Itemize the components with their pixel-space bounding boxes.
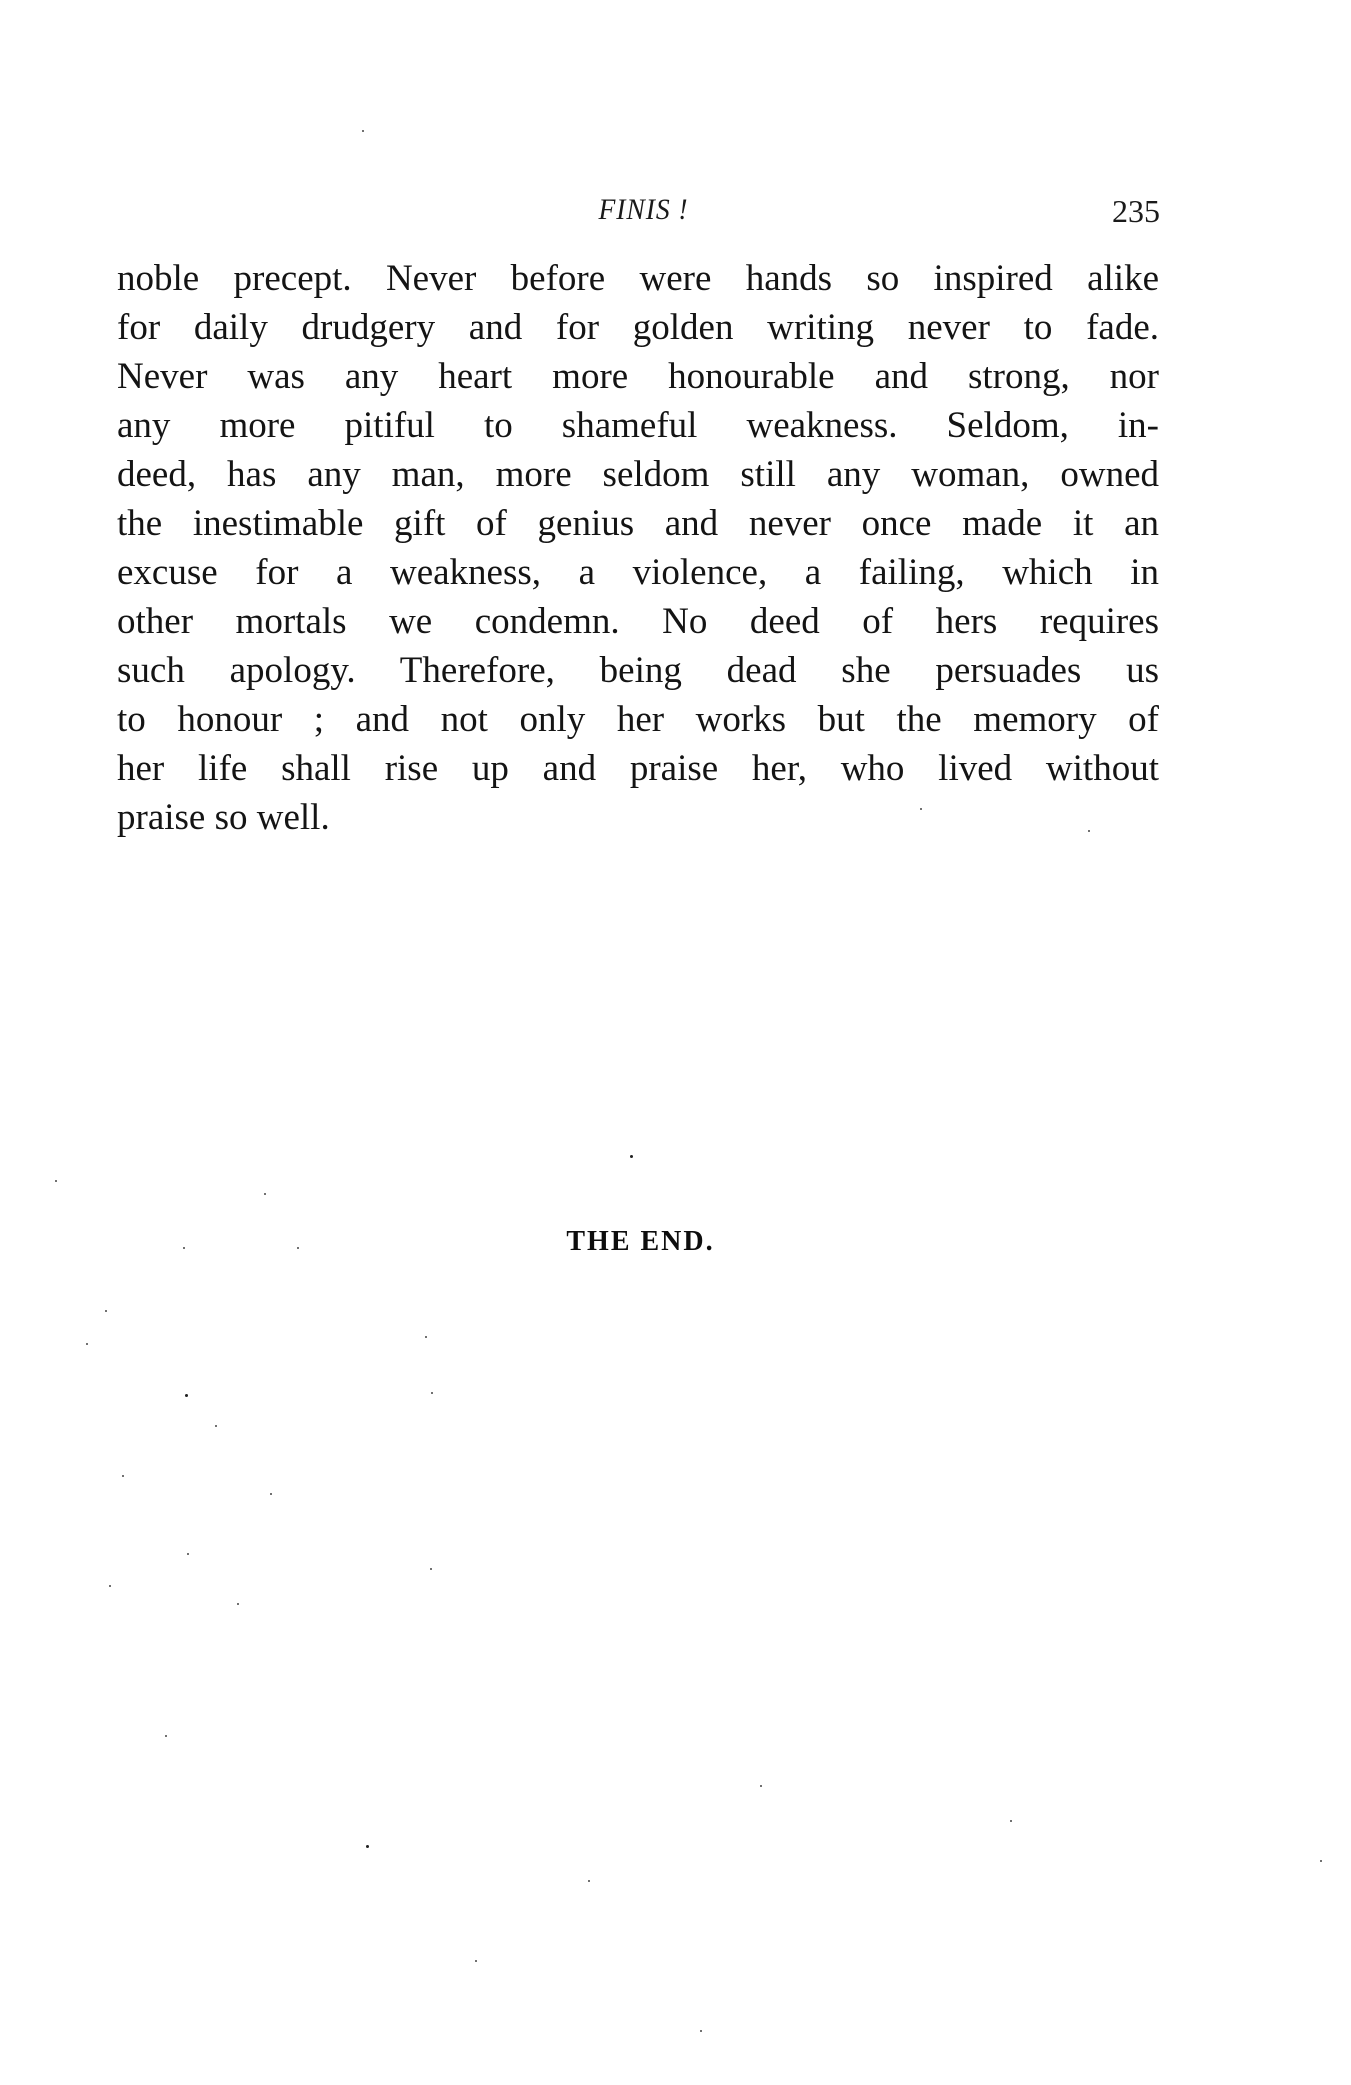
running-head-title: FINIS ! xyxy=(22,193,1265,227)
scan-speck xyxy=(187,1553,189,1555)
text-line-final: praise so well. xyxy=(117,793,1159,842)
scan-speck xyxy=(55,1180,57,1182)
text-line: Never was any heart more honourable and … xyxy=(117,352,1159,401)
scan-speck xyxy=(1320,1860,1322,1862)
text-line: deed, has any man, more seldom still any… xyxy=(117,450,1159,499)
text-line: noble precept. Never before were hands s… xyxy=(117,254,1159,303)
scan-speck xyxy=(588,1880,590,1882)
scan-speck xyxy=(185,1394,188,1397)
scan-speck xyxy=(920,808,922,810)
text-line: her life shall rise up and praise her, w… xyxy=(117,744,1159,793)
scan-speck xyxy=(430,1568,432,1570)
scan-speck xyxy=(760,1785,762,1787)
text-line: to honour ; and not only her works but t… xyxy=(117,695,1159,744)
text-line: any more pitiful to shameful weakness. S… xyxy=(117,401,1159,450)
scan-speck xyxy=(1010,1820,1012,1822)
scan-speck xyxy=(183,1247,185,1249)
book-page: FINIS ! 235 noble precept. Never before … xyxy=(0,0,1351,2085)
scan-speck xyxy=(1088,830,1090,832)
scan-speck xyxy=(362,130,364,132)
scan-speck xyxy=(431,1392,433,1394)
text-line: for daily drudgery and for golden writin… xyxy=(117,303,1159,352)
body-paragraph: noble precept. Never before were hands s… xyxy=(117,254,1159,842)
scan-speck xyxy=(86,1343,88,1345)
scan-speck xyxy=(264,1193,266,1195)
text-line: the inestimable gift of genius and never… xyxy=(117,499,1159,548)
text-line: other mortals we condemn. No deed of her… xyxy=(117,597,1159,646)
scan-speck xyxy=(122,1475,124,1477)
text-line: excuse for a weakness, a violence, a fai… xyxy=(117,548,1159,597)
scan-speck xyxy=(215,1425,217,1427)
the-end-heading: THE END. xyxy=(0,1226,1316,1258)
scan-speck xyxy=(165,1735,167,1737)
scan-speck xyxy=(109,1585,111,1587)
scan-speck xyxy=(105,1310,107,1312)
scan-speck xyxy=(366,1845,369,1848)
scan-speck xyxy=(270,1493,272,1495)
scan-speck xyxy=(425,1336,427,1338)
text-line: such apology. Therefore, being dead she … xyxy=(117,646,1159,695)
scan-speck xyxy=(630,1155,633,1158)
page-number: 235 xyxy=(1106,193,1160,230)
scan-speck xyxy=(475,1960,477,1962)
scan-speck xyxy=(297,1247,299,1249)
scan-speck xyxy=(700,2030,702,2032)
scan-speck xyxy=(237,1603,239,1605)
